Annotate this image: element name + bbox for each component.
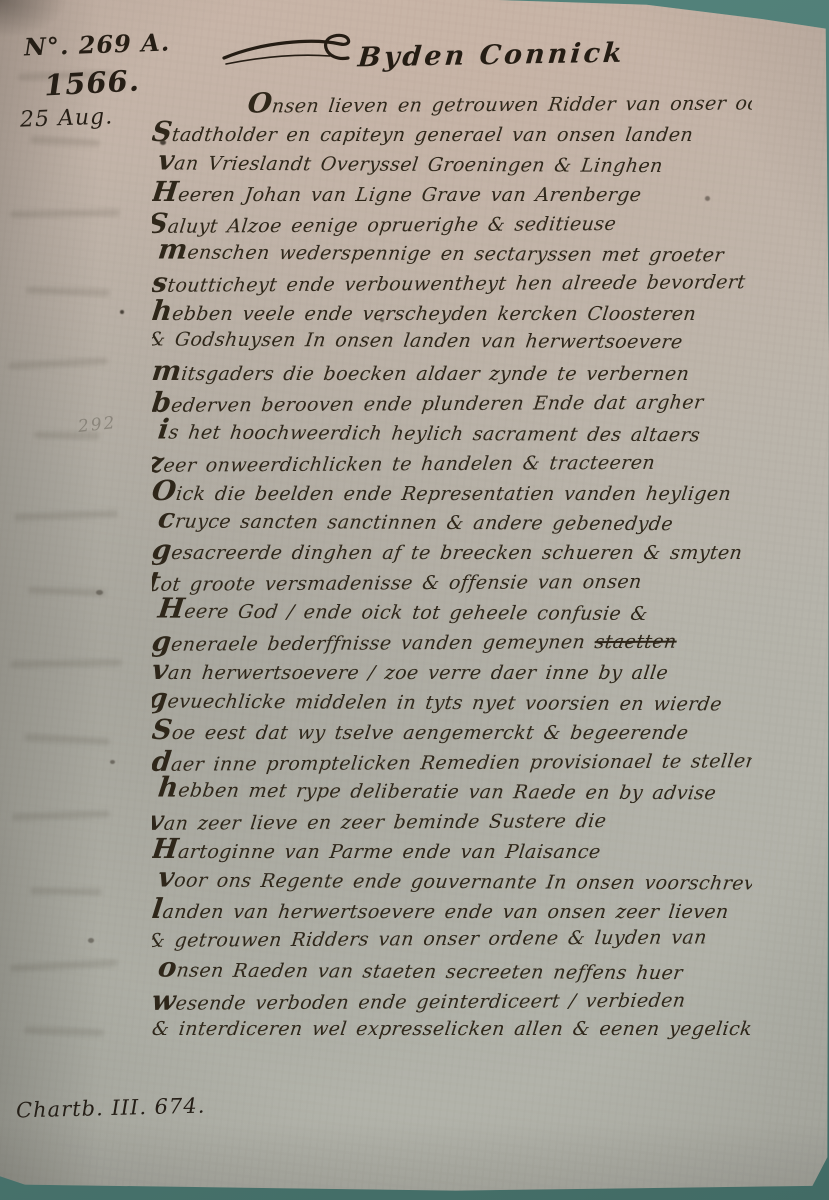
heading-flourish-icon — [222, 28, 372, 80]
document-heading: Byden Connick — [240, 26, 680, 84]
manuscript-line: cruyce sancten sanctinnen & andere geben… — [156, 505, 752, 538]
archive-year: 1566. — [43, 64, 140, 103]
manuscript-line: zeer onweerdichlicken te handelen & trac… — [152, 445, 752, 479]
manuscript-line: stoutticheyt ende verbouwentheyt hen alr… — [152, 266, 752, 300]
manuscript-line: Heeren Johan van Ligne Grave van Arenber… — [152, 178, 752, 208]
heading-text: Byden Connick — [357, 37, 626, 73]
manuscript-line: generaele bederffnisse vanden gemeynen s… — [152, 624, 752, 658]
manuscript-line: Stadtholder en capiteyn generael van ons… — [152, 118, 752, 148]
manuscript-line: landen van herwertsoevere ende van onsen… — [152, 895, 752, 925]
manuscript-line: gesacreerde dinghen af te breecken schue… — [152, 536, 752, 566]
manuscript-line: is het hoochweerdich heylich sacrament d… — [156, 415, 752, 448]
manuscript-line: mitsgaders die boecken aldaer zynde te v… — [152, 357, 752, 387]
manuscript-line: Onsen lieven en getrouwen Ridder van ons… — [246, 88, 752, 119]
verso-showthrough — [0, 60, 150, 1120]
archive-date: 25 Aug. — [20, 104, 114, 132]
manuscript-line: van Vrieslandt Overyssel Groeningen & Li… — [156, 146, 752, 179]
manuscript-line: van zeer lieve en zeer beminde Sustere d… — [152, 804, 752, 838]
photo-backdrop: N°. 269 A. 1566. 25 Aug. 292 Chartb. III… — [0, 0, 829, 1200]
manuscript-line: menschen wederspennige en sectaryssen me… — [156, 236, 752, 269]
manuscript-line: hebben met rype deliberatie van Raede en… — [156, 774, 752, 807]
manuscript-line: hebben veele ende verscheyden kercken Cl… — [152, 297, 752, 327]
manuscript-line: Heere God / ende oick tot geheele confus… — [156, 595, 752, 628]
manuscript-line: van herwertsoevere / zoe verre daer inne… — [152, 656, 752, 686]
manuscript-line: gevuechlicke middelen in tyts nyet voors… — [152, 684, 752, 717]
manuscript-line: bederven berooven ende plunderen Ende da… — [152, 385, 752, 419]
manuscript-line: tot groote versmadenisse & offensie van … — [152, 564, 752, 598]
manuscript-page: N°. 269 A. 1566. 25 Aug. 292 Chartb. III… — [0, 0, 829, 1193]
manuscript-line: Saluyt Alzoe eenige opruerighe & seditie… — [152, 206, 752, 240]
manuscript-line: Soe eest dat wy tselve aengemerckt & beg… — [152, 716, 752, 746]
manuscript-line: & getrouwen Ridders van onser ordene & l… — [152, 923, 752, 957]
manuscript-line: wesende verboden ende geinterdiceert / v… — [152, 983, 752, 1017]
manuscript-line: & interdiceren wel expresselicken allen … — [152, 1015, 752, 1045]
manuscript-line: & Godshuysen In onsen landen van herwert… — [152, 326, 752, 359]
chartbook-reference: Chartb. III. 674. — [16, 1094, 206, 1123]
pencil-margin-note: 292 — [77, 413, 117, 437]
manuscript-line: voor ons Regente ende gouvernante In ons… — [156, 864, 752, 897]
manuscript-body: Onsen lieven en getrouwen Ridder van ons… — [152, 88, 752, 1063]
manuscript-line: daer inne promptelicken Remedien provisi… — [152, 744, 752, 778]
archive-number: N°. 269 A. — [24, 27, 171, 61]
manuscript-line: Oick die beelden ende Representatien van… — [152, 477, 752, 507]
manuscript-line: Hartoginne van Parme ende van Plaisance — [152, 835, 752, 865]
manuscript-line: onsen Raeden van staeten secreeten neffe… — [156, 953, 752, 986]
